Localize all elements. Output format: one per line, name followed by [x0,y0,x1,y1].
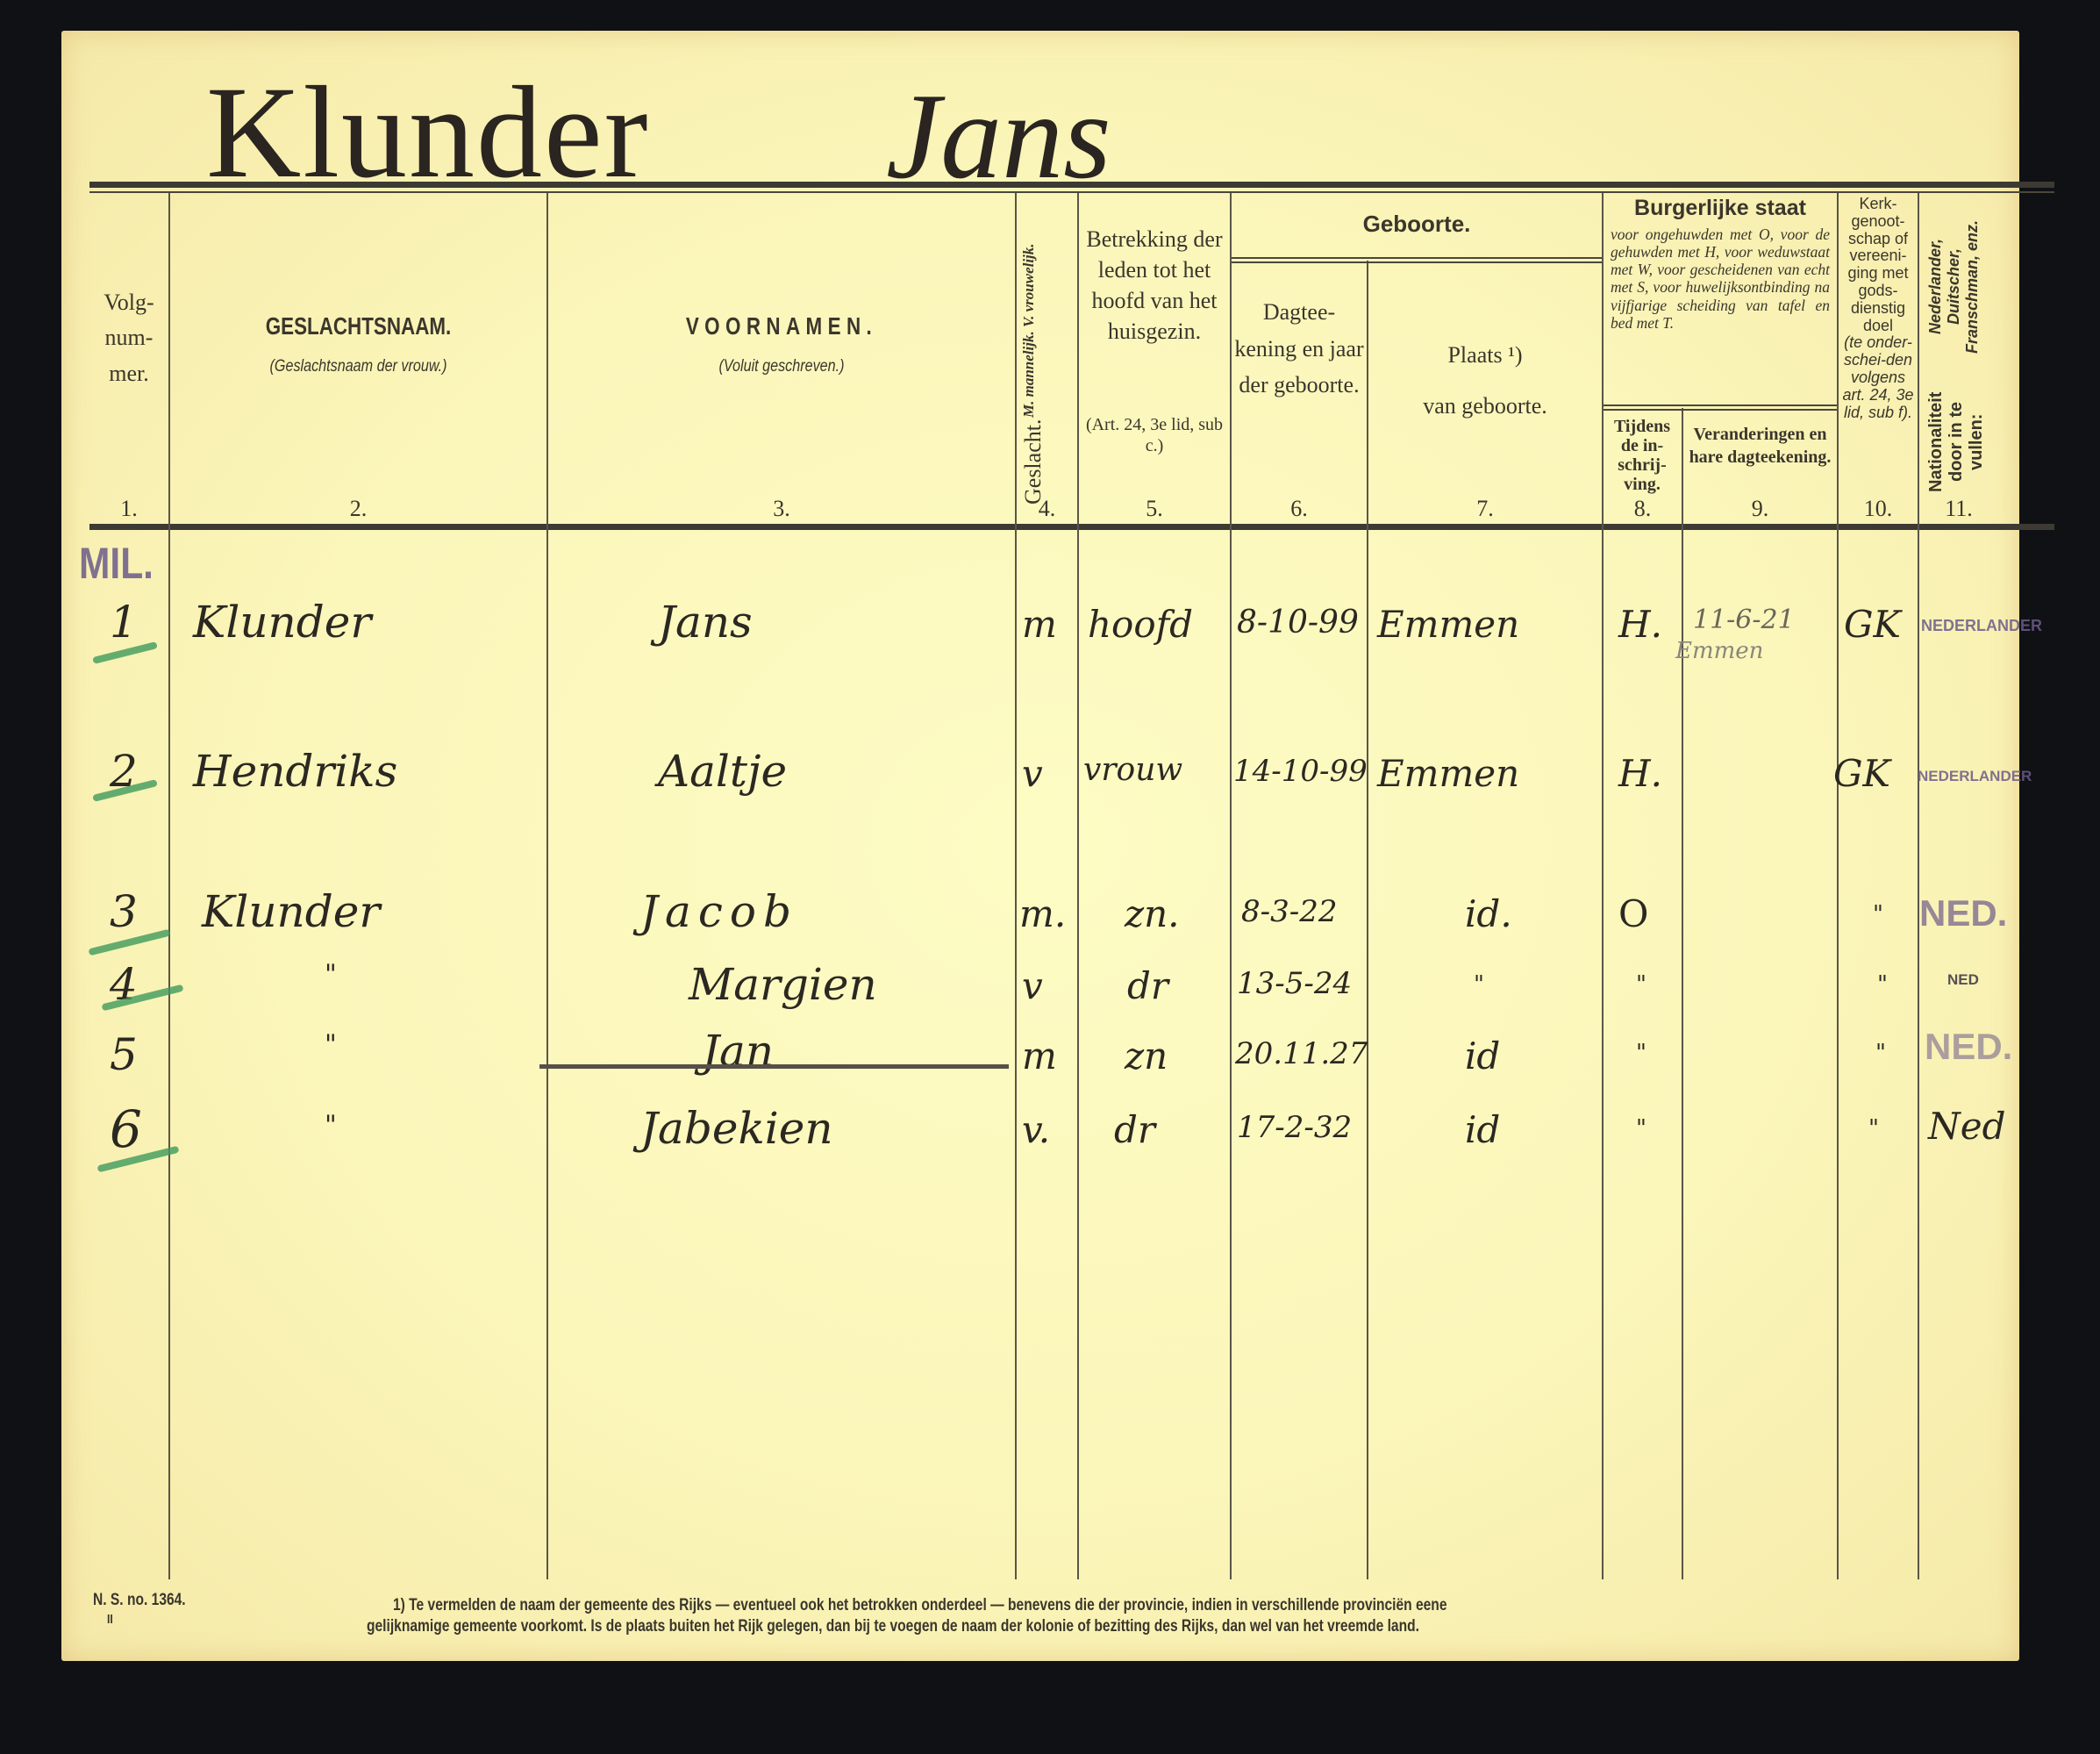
row-birth-date: 14-10-99 [1233,754,1368,789]
row-given-name: Margien [689,959,877,1010]
row-nationality-handwritten: Ned [1928,1105,2006,1148]
header-top-rule [89,182,2054,188]
row-civil-status: O [1618,892,1648,935]
colnum-4: 4. [1017,496,1077,522]
row-surname: " [325,959,337,990]
row-religion: " [1875,1040,1886,1066]
row-number: 3 [110,886,138,937]
row-relation: dr [1127,964,1168,1007]
header-geslachtsnaam-sub: (Geslachtsnaam der vrouw.) [198,357,518,376]
row-religion: " [1868,1115,1879,1142]
header-plaats: Plaats ¹) [1368,342,1602,369]
burgerlijke-rule [1604,404,1837,406]
row-number: 1 [110,597,138,648]
header-kerkgenootschap-sub: (te onder-schei-den volgens art. 24, 3e … [1839,334,1918,421]
row-nationality-stamp: NEDERLANDER [1921,617,2042,635]
table-row: 3 Klunder Jacob m. zn. 8-3-22 id. O " NE… [61,873,2019,952]
geboorte-rule [1232,261,1602,263]
table-row: 1 Klunder Jans m hoofd 8-10-99 Emmen H. … [61,575,2019,698]
colnum-5: 5. [1079,496,1230,522]
table-row: 6 " Jabekien v. dr 17-2-32 id " " Ned [61,1092,2019,1180]
row-given-name: Aaltje [658,746,787,797]
footnote-line-2: gelijknamige gemeente voorkomt. Is de pl… [367,1617,1419,1636]
row-sex: m [1022,603,1057,646]
row-civil-status: " [1636,971,1646,998]
row-relation: vrouw [1083,752,1182,788]
row-birth-date: 8-10-99 [1237,605,1359,641]
row-relation: zn. [1125,892,1180,935]
header-kerkgenootschap: Kerk-genoot-schap of vereeni-ging met go… [1839,196,1918,421]
colnum-3: 3. [548,496,1015,522]
row-sex: v [1022,964,1043,1007]
row-changes: 11-6-21 [1693,605,1795,635]
row-civil-status: H. [1618,752,1662,795]
table-row: 4 " Margien v dr 13-5-24 " " " NED [61,952,2019,1022]
row-birth-place: Emmen [1377,752,1519,795]
header-plaats-sub: van geboorte. [1368,393,1602,420]
form-number: N. S. no. 1364. [93,1591,186,1610]
header-volgnummer: Volg- num- mer. [91,285,167,391]
registration-card: Klunder Jans Volg- num- mer. GESLACHTSNA… [61,31,2019,1661]
row-nationality-stamp: NED. [1925,1026,2012,1068]
row-number: 5 [110,1029,138,1080]
row-nationality-stamp: NED [1947,971,1979,989]
header-nationaliteit: Nationaliteit door in te vullen: Nederla… [1926,202,2005,509]
geboorte-rule [1232,257,1602,259]
colnum-7: 7. [1368,496,1602,522]
row-religion: " [1873,901,1883,927]
row-birth-date: 17-2-32 [1237,1110,1352,1145]
row-birth-place: " [1474,971,1484,998]
row-religion: GK [1844,603,1901,646]
row-surname: Hendriks [193,746,397,797]
header-nationaliteit-sub: Nederlander, Duitscher, Franschman, enz. [1926,202,2005,372]
row-sex: v. [1022,1108,1050,1151]
row-civil-status: " [1636,1115,1646,1142]
row-sex: m [1022,1035,1057,1077]
row-birth-date: 8-3-22 [1241,894,1338,929]
row-nationality-stamp: NED. [1919,892,2007,934]
row-sex: m. [1019,892,1066,935]
row-religion: GK [1833,752,1890,795]
burgerlijke-rule [1604,409,1837,411]
header-kerkgenootschap-label: Kerk-genoot-schap of vereeni-ging met go… [1839,196,1918,334]
row-given-name: Jans [658,597,753,648]
colnum-8: 8. [1604,496,1682,522]
strikethrough-line [539,1064,1009,1069]
header-voornamen-sub: (Voluit geschreven.) [583,357,980,376]
header-bottom-rule [89,524,2054,530]
row-civil-status: " [1636,1040,1646,1066]
header-geslachtsnaam: GESLACHTSNAAM. [208,311,509,340]
row-relation: hoofd [1088,603,1193,646]
row-relation: zn [1125,1035,1168,1077]
header-geslacht-label: Geslacht. [1020,419,1075,505]
row-surname: Klunder [193,597,371,648]
table-row: 5 " Jan m zn 20.11.27 id " " NED. [61,1022,2019,1092]
row-birth-place: id [1465,1035,1500,1077]
row-relation: dr [1114,1108,1155,1151]
form-subnumber: II [107,1612,113,1627]
header-dagteekening: Dagtee-kening en jaar der geboorte. [1233,294,1365,404]
row-given-name: Jabekien [640,1103,833,1154]
header-top-rule-thin [89,191,2054,193]
table-row: 2 Hendriks Aaltje v vrouw 14-10-99 Emmen… [61,724,2019,847]
colnum-9: 9. [1683,496,1837,522]
header-geboorte: Geboorte. [1232,211,1602,238]
row-number: 6 [110,1099,142,1159]
row-changes-place: Emmen [1675,638,1763,664]
header-burgerlijke-desc: voor ongehuwden met O, voor de gehuwden … [1611,226,1830,332]
header-betrekking-sub: (Art. 24, 3e lid, sub c.) [1081,415,1228,456]
colnum-11: 11. [1919,496,1998,522]
row-birth-place: id [1465,1108,1500,1151]
colnum-1: 1. [91,496,167,522]
row-religion: " [1877,971,1888,998]
header-betrekking: Betrekking der leden tot het hoofd van h… [1081,224,1228,347]
row-birth-date: 13-5-24 [1237,966,1352,1001]
header-tijdens: Tijdens de in-schrij-ving. [1604,417,1681,494]
row-birth-place: Emmen [1377,603,1519,646]
header-geslacht-sub: M. mannelijk. V. vrouwelijk. [1020,243,1075,418]
header-veranderingen: Veranderingen en hare dagteekening. [1683,423,1837,469]
row-civil-status: H. [1618,603,1662,646]
colnum-6: 6. [1232,496,1367,522]
row-sex: v [1022,752,1043,795]
row-given-name: Jan [702,1026,774,1077]
colnum-10: 10. [1839,496,1918,522]
row-nationality-stamp: NEDERLANDER [1918,768,2032,785]
footnote-line-1: 1) Te vermelden de naam der gemeente des… [393,1596,1447,1615]
header-geslacht: Geslacht. M. mannelijk. V. vrouwelijk. [1020,206,1075,505]
header-nationaliteit-label: Nationaliteit door in te vullen: [1926,376,2005,509]
row-surname: Klunder [202,886,380,937]
row-given-name: Jacob [640,886,798,937]
row-birth-place: id. [1465,892,1512,935]
header-burgerlijke-staat: Burgerlijke staat [1604,196,1837,222]
row-surname: " [325,1110,337,1141]
row-surname: " [325,1029,337,1060]
header-voornamen: VOORNAMEN. [595,311,968,340]
row-birth-date: 20.11.27 [1235,1036,1368,1071]
colnum-2: 2. [170,496,546,522]
